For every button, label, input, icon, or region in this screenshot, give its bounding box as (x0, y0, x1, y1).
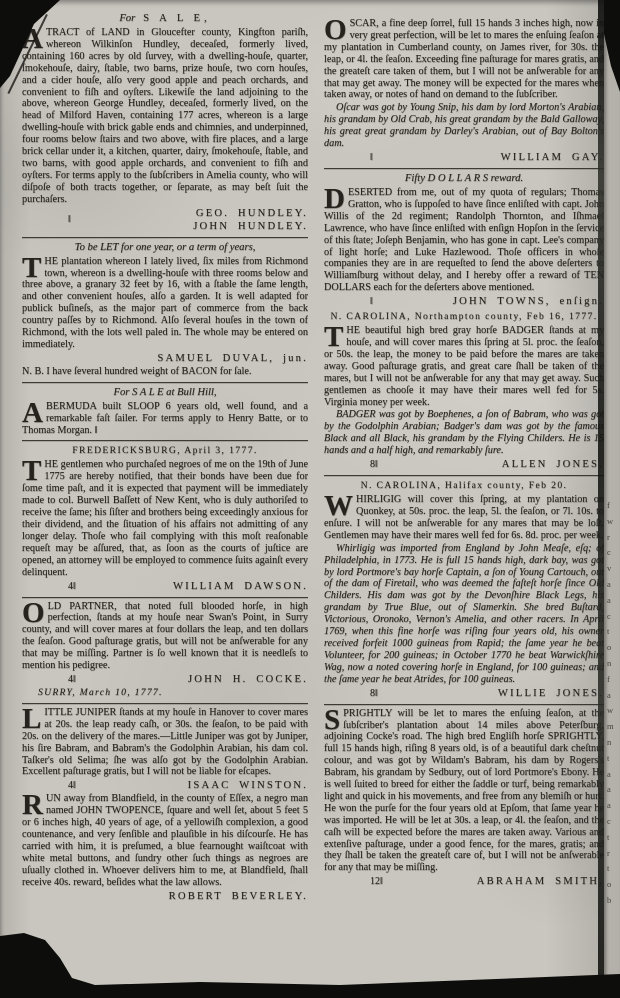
ad-sprightly-horse: SPRIGHTLY will be let to mares the enſui… (324, 708, 604, 889)
signature-row: 8‖ ALLEN JONES. (324, 458, 604, 471)
ad-body: TRACT of LAND in Gloucefter county, King… (22, 27, 308, 205)
signature: JOHN TOWNS, enſign. (453, 295, 604, 308)
left-column: For S A L E, ATRACT of LAND in Gloucefte… (22, 10, 308, 970)
signature: ABRAHAM SMITH. (477, 875, 604, 888)
signature-row: 12‖ ABRAHAM SMITH. (324, 875, 604, 888)
ad-fredericksburg-notice: FREDERICKSBURG, April 3, 1777. THE gentl… (22, 444, 308, 592)
heading-prefix: For (119, 13, 135, 24)
ad-heading: For S A L E at Bull Hill, (22, 386, 308, 400)
signature: WILLIAM GAY. (501, 151, 604, 164)
ad-whirligig-horse: N. CAROLINA, Halifax county, Feb 20. WHI… (324, 479, 604, 700)
ad-runaway-notice: RUN away from Blandfield, in the county … (22, 793, 308, 902)
signature-row: SAMUEL DUVAL, jun. (22, 352, 308, 365)
section-rule (22, 237, 308, 238)
insertion-mark: 8‖ (370, 458, 378, 471)
section-rule (22, 440, 308, 441)
signature: WILLIAM DAWSON. (173, 580, 308, 593)
ad-body: HIRLIGIG will cover this ſpring, at my p… (324, 494, 604, 541)
heading-word: S A L E, (143, 13, 211, 24)
insertion-mark: 12‖ (370, 875, 383, 888)
signature-row: 4‖ JOHN H. COCKE. (22, 673, 308, 686)
ad-dateline: SURRY, March 10, 1777. (38, 687, 308, 699)
signature-row: 4‖ ISAAC WINSTON. (22, 779, 308, 792)
insertion-mark: 8‖ (370, 687, 378, 700)
section-rule (324, 475, 604, 476)
ad-oscar-horse: OSCAR, a fine deep ſorrel, full 15 hands… (324, 18, 604, 164)
dropcap: L (22, 708, 41, 730)
section-rule (22, 703, 308, 704)
dropcap: O (324, 19, 347, 41)
ad-heading: To be LET for one year, or a term of yea… (22, 241, 308, 255)
ad-dateline-heading: N. CAROLINA, Northampton county, Feb 16,… (324, 310, 604, 324)
signature: ALLEN JONES. (502, 458, 604, 471)
section-rule (22, 382, 308, 383)
adjacent-page-sliver: f w r c v a a c t o n f a w m n t a a a … (604, 0, 620, 998)
ad-body: ITTLE JUNIPER ſtands at my houſe in Hano… (22, 707, 308, 778)
ad-dateline-heading: N. CAROLINA, Halifax county, Feb 20. (324, 479, 604, 493)
for-sale-heading: For S A L E, (22, 12, 308, 26)
dropcap: O (22, 602, 45, 624)
signature: JOHN HUNDLEY. (22, 220, 308, 233)
signature-row: 8‖ WILLIE JONES. (324, 687, 604, 700)
signature-row: ‖ JOHN TOWNS, enſign. (324, 295, 604, 308)
signature: SAMUEL DUVAL, jun. (157, 352, 308, 365)
right-column: OSCAR, a fine deep ſorrel, full 15 hands… (324, 18, 604, 966)
ad-body: UN away from Blandfield, in the county o… (22, 793, 308, 887)
signature-block: ‖ GEO. HUNDLEY. JOHN HUNDLEY. (22, 207, 308, 233)
ad-old-partner-horse: OLD PARTNER, that noted full blooded hor… (22, 601, 308, 699)
insertion-mark: 4‖ (68, 779, 76, 792)
dropcap: D (324, 188, 345, 210)
signature-row: ‖ WILLIAM GAY. (324, 151, 604, 164)
ad-little-juniper-horse: LITTLE JUNIPER ſtands at my houſe in Han… (22, 707, 308, 792)
dropcap: W (324, 495, 353, 517)
ad-badger-horse: N. CAROLINA, Northampton county, Feb 16,… (324, 310, 604, 471)
signature: WILLIE JONES. (498, 687, 604, 700)
insertion-mark: ‖ (68, 214, 71, 226)
dropcap: T (22, 257, 41, 279)
ad-dateline-heading: FREDERICKSBURG, April 3, 1777. (22, 444, 308, 458)
signature-row: 4‖ WILLIAM DAWSON. (22, 580, 308, 593)
ad-body: SCAR, a fine deep ſorrel, full 15 hands … (324, 18, 604, 100)
paper-sheet: For S A L E, ATRACT of LAND in Gloucefte… (0, 0, 620, 998)
ad-pedigree: Whirligig was imported from England by J… (324, 543, 604, 686)
ad-body: BERMUDA built SLOOP 6 years old, well fo… (22, 401, 308, 436)
section-rule (22, 597, 308, 598)
insertion-mark: ‖ (370, 151, 373, 164)
ad-pedigree: BADGER was got by Boephenes, a ſon of Ba… (324, 409, 604, 457)
newspaper-scan: For S A L E, ATRACT of LAND in Gloucefte… (0, 0, 620, 998)
insertion-mark: ‖ (370, 295, 373, 308)
section-rule (324, 168, 604, 169)
dropcap: S (324, 709, 340, 731)
ad-body: HE gentlemen who purchaſed negroes of me… (22, 459, 308, 577)
cut-off-text-fragments: f w r c v a a c t o n f a w m n t a a a … (607, 498, 619, 909)
ad-plantation-to-let: To be LET for one year, or a term of yea… (22, 241, 308, 378)
ad-body: PRIGHTLY will be let to mares the enſuin… (324, 708, 604, 874)
dropcap: T (22, 460, 41, 482)
ad-postscript: N. B. I have ſeveral hundred weight of B… (22, 366, 308, 378)
ad-body: LD PARTNER, that noted full blooded horſ… (22, 601, 308, 672)
ad-body: HE plantation whereon I lately lived, ſi… (22, 256, 308, 350)
ad-body: ESERTED from me, out of my quota of regu… (324, 187, 604, 293)
section-rule (324, 704, 604, 705)
insertion-mark: 4‖ (68, 580, 76, 593)
edge-shadow (604, 0, 620, 92)
signature-row: ROBERT BEVERLEY. (22, 890, 308, 903)
ad-body: HE beautiful high bred gray horſe BADGER… (324, 325, 604, 407)
dropcap: A (22, 402, 43, 424)
dropcap: R (22, 794, 43, 816)
ad-tract-of-land: ATRACT of LAND in Gloucefter county, Kin… (22, 27, 308, 233)
ad-deserters-reward: Fifty D O L L A R S reward. DESERTED fro… (324, 172, 604, 308)
ad-bermuda-sloop: For S A L E at Bull Hill, ABERMUDA built… (22, 386, 308, 437)
signature: GEO. HUNDLEY. (22, 207, 308, 220)
signature: JOHN H. COCKE. (188, 673, 308, 686)
signature: ROBERT BEVERLEY. (169, 890, 308, 903)
insertion-mark: 4‖ (68, 673, 76, 686)
signature: ISAAC WINSTON. (188, 779, 308, 792)
ad-pedigree: Oſcar was got by Young Snip, his dam by … (324, 102, 604, 150)
dropcap: T (324, 326, 343, 348)
ad-heading: Fifty D O L L A R S reward. (324, 172, 604, 186)
